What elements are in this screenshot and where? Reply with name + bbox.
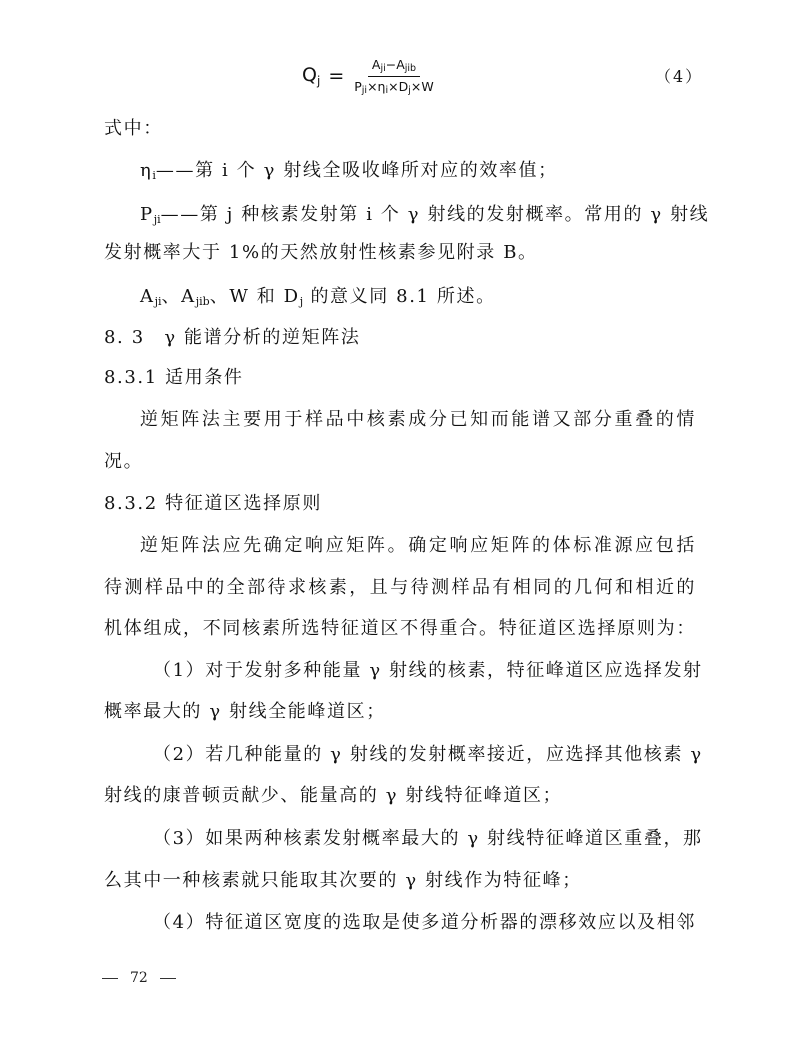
equation-lhs: Qj (302, 64, 320, 88)
section-heading-8-3-2: 8.3.2 特征道区选择原则 (104, 492, 696, 516)
equation-number: （4） (655, 64, 703, 87)
symbol-eta: ηi (140, 160, 156, 181)
definition-eta: ηi——第 i 个 γ 射线全吸收峰所对应的效率值； (140, 159, 696, 188)
principle-2-line1: （2）若几种能量的 γ 射线的发射概率接近，应选择其他核素 γ (153, 743, 696, 767)
principle-3-line2: 么其中一种核素就只能取其次要的 γ 射线作为特征峰； (104, 869, 696, 893)
principle-1-line1: （1）对于发射多种能量 γ 射线的核素，特征峰道区应选择发射 (153, 659, 696, 683)
footer-dash-right (160, 978, 176, 979)
fraction-numerator: Aji−Ajib (368, 57, 420, 77)
equals-sign: = (328, 65, 344, 87)
section-heading-8-3-1: 8.3.1 适用条件 (104, 366, 696, 390)
paragraph-8-3-2-line1: 逆矩阵法应先确定响应矩阵。确定响应矩阵的体标准源应包括 (140, 534, 696, 558)
equation-4: Qj = Aji−Ajib Pji×ηi×Dj×W (302, 52, 438, 100)
principle-3-line1: （3）如果两种核素发射概率最大的 γ 射线特征峰道区重叠，那 (153, 827, 696, 851)
fraction: Aji−Ajib Pji×ηi×Dj×W (350, 57, 438, 96)
principle-4-line1: （4）特征道区宽度的选取是使多道分析器的漂移效应以及相邻 (153, 911, 696, 935)
principle-1-line2: 概率最大的 γ 射线全能峰道区； (104, 700, 696, 724)
definition-others: Aji、Ajib、W 和 Dj 的意义同 8.1 所述。 (140, 285, 696, 314)
page-footer: 72 (102, 970, 176, 986)
symbol-pji: Pji (140, 204, 161, 225)
definition-pji-line2: 发射概率大于 1%的天然放射性核素参见附录 B。 (104, 241, 696, 265)
section-heading-8-3: 8. 3 γ 能谱分析的逆矩阵法 (104, 326, 696, 350)
paragraph-8-3-1-line1: 逆矩阵法主要用于样品中核素成分已知而能谱又部分重叠的情 (140, 408, 696, 432)
paragraph-8-3-2-line3: 机体组成，不同核素所选特征道区不得重合。特征道区选择原则为： (104, 617, 696, 641)
document-page: Qj = Aji−Ajib Pji×ηi×Dj×W （4） 式中： ηi——第 … (0, 0, 800, 1060)
paragraph-8-3-2-line2: 待测样品中的全部待求核素，且与待测样品有相同的几何和相近的 (104, 576, 696, 600)
principle-2-line2: 射线的康普顿贡献少、能量高的 γ 射线特征峰道区； (104, 784, 696, 808)
where-label: 式中： (104, 117, 696, 141)
fraction-denominator: Pji×ηi×Dj×W (350, 77, 438, 96)
footer-dash-left (102, 978, 118, 979)
paragraph-8-3-1-line2: 况。 (104, 450, 696, 474)
definition-pji-line1: Pji——第 j 种核素发射第 i 个 γ 射线的发射概率。常用的 γ 射线 (140, 203, 696, 232)
page-number: 72 (130, 970, 148, 986)
